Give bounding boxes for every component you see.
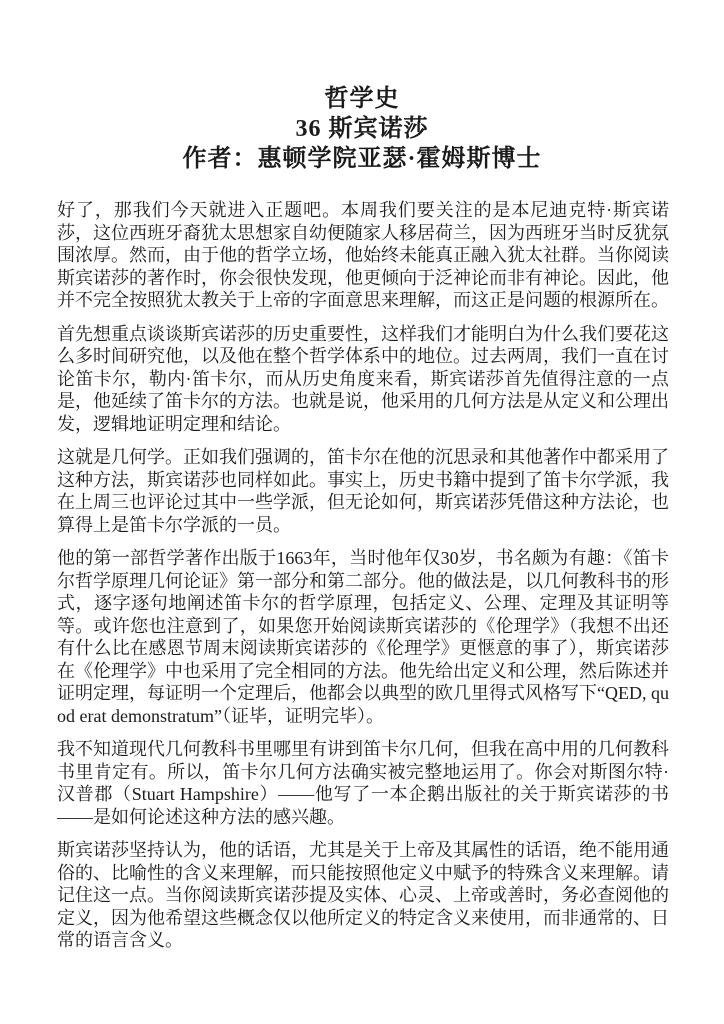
paragraph-descartes-geometry: 我不知道现代几何教科书里哪里有讲到笛卡尔几何，但我在高中用的几何教科书里肯定有。… bbox=[57, 738, 669, 828]
doc-episode-subtitle: 36 斯宾诺莎 bbox=[0, 114, 724, 144]
doc-author-line: 作者：惠顿学院亚瑟·霍姆斯博士 bbox=[0, 144, 724, 174]
paragraph-intro: 好了，那我们今天就进入正题吧。本周我们要关注的是本尼迪克特·斯宾诺莎，这位西班牙… bbox=[57, 199, 669, 312]
paragraph-historical-importance: 首先想重点谈谈斯宾诺莎的历史重要性，这样我们才能明白为什么我们要花这么多时间研究… bbox=[57, 323, 669, 436]
paragraph-geometry-method: 这就是几何学。正如我们强调的，笛卡尔在他的沉思录和其他著作中都采用了这种方法，斯… bbox=[57, 446, 669, 536]
paragraph-first-work: 他的第一部哲学著作出版于1663年，当时他年仅30岁，书名颇为有趣：《笛卡尔哲学… bbox=[57, 547, 669, 727]
document-header: 哲学史 36 斯宾诺莎 作者：惠顿学院亚瑟·霍姆斯博士 bbox=[0, 0, 724, 174]
document-page: 哲学史 36 斯宾诺莎 作者：惠顿学院亚瑟·霍姆斯博士 好了，那我们今天就进入正… bbox=[0, 0, 724, 1024]
paragraph-definitions-warning: 斯宾诺莎坚持认为，他的话语，尤其是关于上帝及其属性的话语，绝不能用通俗的、比喻性… bbox=[57, 839, 669, 952]
document-body: 好了，那我们今天就进入正题吧。本周我们要关注的是本尼迪克特·斯宾诺莎，这位西班牙… bbox=[57, 199, 669, 952]
doc-title: 哲学史 bbox=[0, 84, 724, 114]
